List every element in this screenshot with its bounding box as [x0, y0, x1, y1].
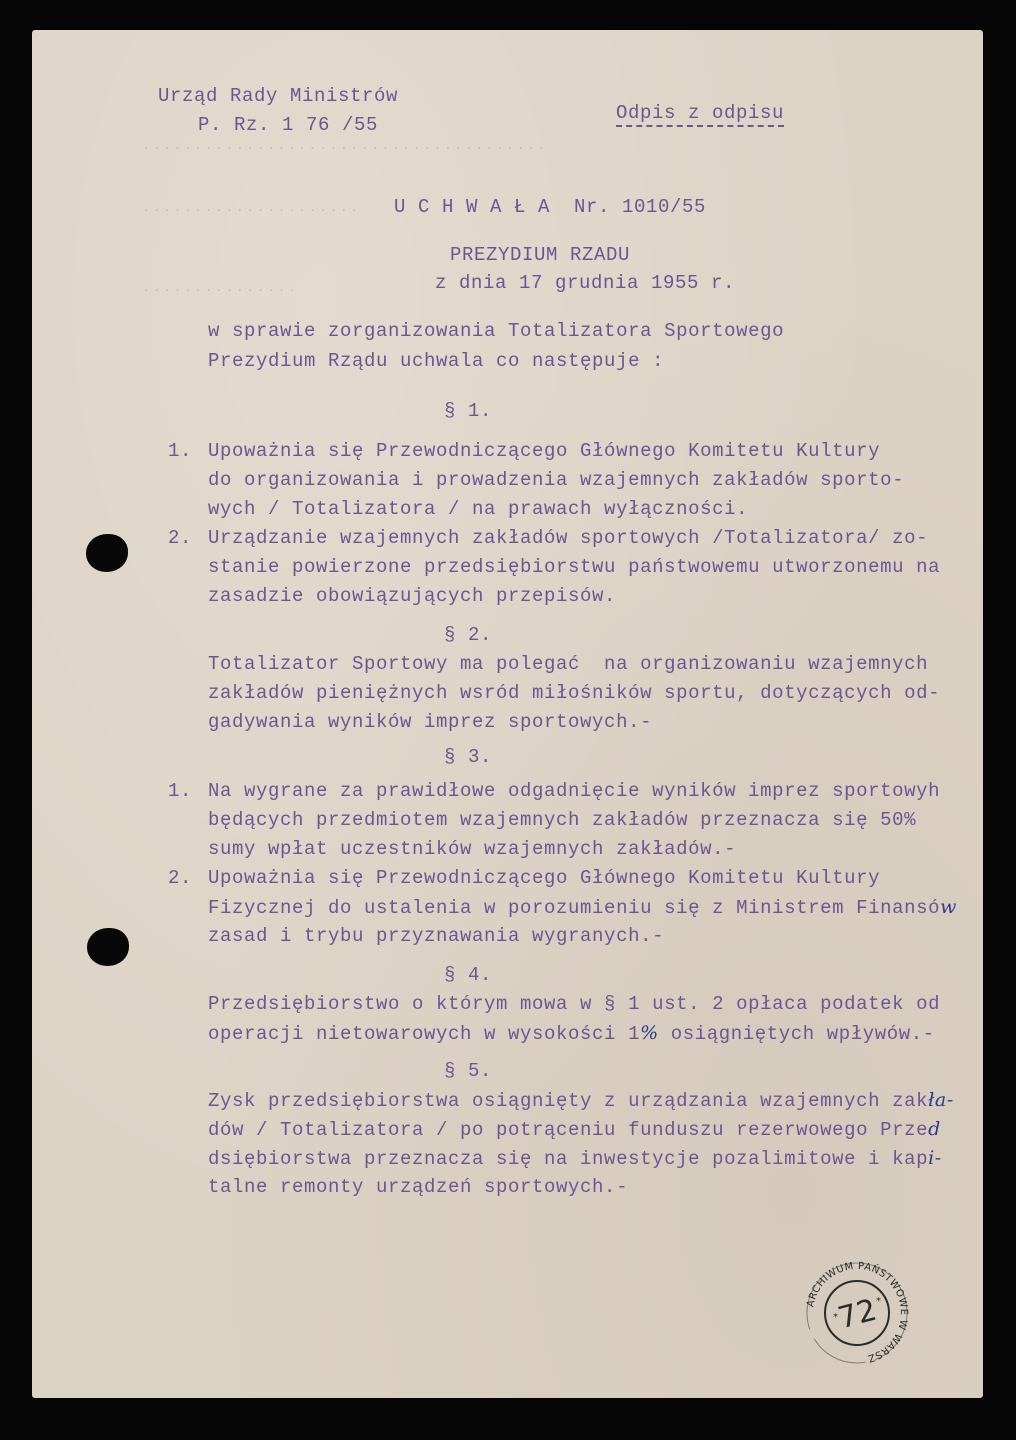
handwritten-correction: ła- — [928, 1089, 954, 1111]
handwritten-percent: % — [640, 1022, 659, 1044]
section-4-line: operacji nietowarowych w wysokości 1% os… — [208, 1022, 935, 1045]
section-1-line: Upoważnia się Przewodniczącego Głównego … — [208, 440, 880, 462]
section-4-line-text: operacji nietowarowych w wysokości 1 — [208, 1023, 640, 1045]
section-2-line: Totalizator Sportowy ma polegać na organ… — [208, 653, 928, 675]
item-number: 1. — [168, 780, 192, 802]
section-3-line: Na wygrane za prawidłowe odgadnięcie wyn… — [208, 780, 940, 802]
preamble-line: w sprawie zorganizowania Totalizatora Sp… — [208, 320, 784, 342]
issuing-body: PREZYDIUM RZADU — [450, 244, 630, 266]
office-name: Urząd Rady Ministrów — [158, 85, 398, 107]
section-4-line: Przedsiębiorstwo o którym mowa w § 1 ust… — [208, 993, 940, 1015]
handwritten-correction: w — [940, 896, 957, 918]
section-5-line-text: Zysk przedsiębiorstwa osiągnięty z urząd… — [208, 1090, 928, 1112]
section-1-line: Urządzanie wzajemnych zakładów sportowyc… — [208, 527, 928, 549]
section-heading-1: § 1. — [444, 400, 492, 422]
document-page: ....................................... … — [32, 30, 983, 1398]
resolution-date: z dnia 17 grudnia 1955 r. — [435, 272, 735, 294]
section-1-line: stanie powierzone przedsiębiorstwu państ… — [208, 556, 940, 578]
section-3-line: Fizycznej do ustalenia w porozumieniu si… — [208, 896, 957, 919]
section-1-line: do organizowania i prowadzenia wzajemnyc… — [208, 469, 904, 491]
section-2-line: zakładów pieniężnych wsród miłośników sp… — [208, 682, 940, 704]
section-5-line: dów / Totalizatora / po potrąceniu fundu… — [208, 1118, 941, 1141]
punch-hole-upper — [86, 534, 128, 572]
section-5-line: dsiębiorstwa przeznacza się na inwestycj… — [208, 1147, 942, 1170]
section-3-line: sumy wpłat uczestników wzajemnych zakład… — [208, 838, 736, 860]
section-5-line-text: dów / Totalizatora / po potrąceniu fundu… — [208, 1119, 928, 1141]
section-3-line: Upoważnia się Przewodniczącego Głównego … — [208, 867, 880, 889]
svg-text:*: * — [833, 1312, 838, 1323]
ghost-impression: ....................................... — [142, 138, 548, 154]
archive-stamp-icon: ARCHIWUM PAŃSTWOWE W WARSZ 72 * * — [802, 1258, 912, 1368]
section-3-line: zasad i trybu przyznawania wygranych.- — [208, 925, 664, 947]
handwritten-correction: i- — [928, 1147, 942, 1169]
copy-note: Odpis z odpisu — [616, 102, 784, 124]
section-3-line: będących przedmiotem wzajemnych zakładów… — [208, 809, 916, 831]
section-heading-5: § 5. — [444, 1060, 492, 1082]
punch-hole-lower — [87, 928, 129, 966]
section-1-line: zasadzie obowiązujących przepisów. — [208, 585, 616, 607]
section-3-line-text: Fizycznej do ustalenia w porozumieniu si… — [208, 897, 940, 919]
section-heading-4: § 4. — [444, 964, 492, 986]
section-5-line-text: dsiębiorstwa przeznacza się na inwestycj… — [208, 1148, 928, 1170]
section-4-line-text: osiągniętych wpływów.- — [671, 1023, 935, 1045]
handwritten-correction: d — [928, 1118, 941, 1140]
item-number: 2. — [168, 867, 192, 889]
preamble-line: Prezydium Rządu uchwala co następuje : — [208, 350, 664, 372]
item-number: 1. — [168, 440, 192, 462]
item-number: 2. — [168, 527, 192, 549]
stamp-number: 72 — [834, 1293, 880, 1337]
section-heading-2: § 2. — [444, 624, 492, 646]
section-5-line: talne remonty urządzeń sportowych.- — [208, 1176, 628, 1198]
section-5-line: Zysk przedsiębiorstwa osiągnięty z urząd… — [208, 1089, 954, 1112]
section-1-line: wych / Totalizatora / na prawach wyłączn… — [208, 498, 748, 520]
reference-number: P. Rz. 1 76 /55 — [198, 114, 378, 136]
copy-note-text: Odpis z odpisu — [616, 102, 784, 127]
section-2-line: gadywania wyników imprez sportowych.- — [208, 711, 652, 733]
section-heading-3: § 3. — [444, 746, 492, 768]
resolution-title: U C H W A Ł A Nr. 1010/55 — [394, 196, 706, 218]
svg-text:*: * — [876, 1296, 881, 1307]
ghost-impression: ..................... — [142, 200, 360, 216]
ghost-impression: ............... — [142, 280, 298, 296]
